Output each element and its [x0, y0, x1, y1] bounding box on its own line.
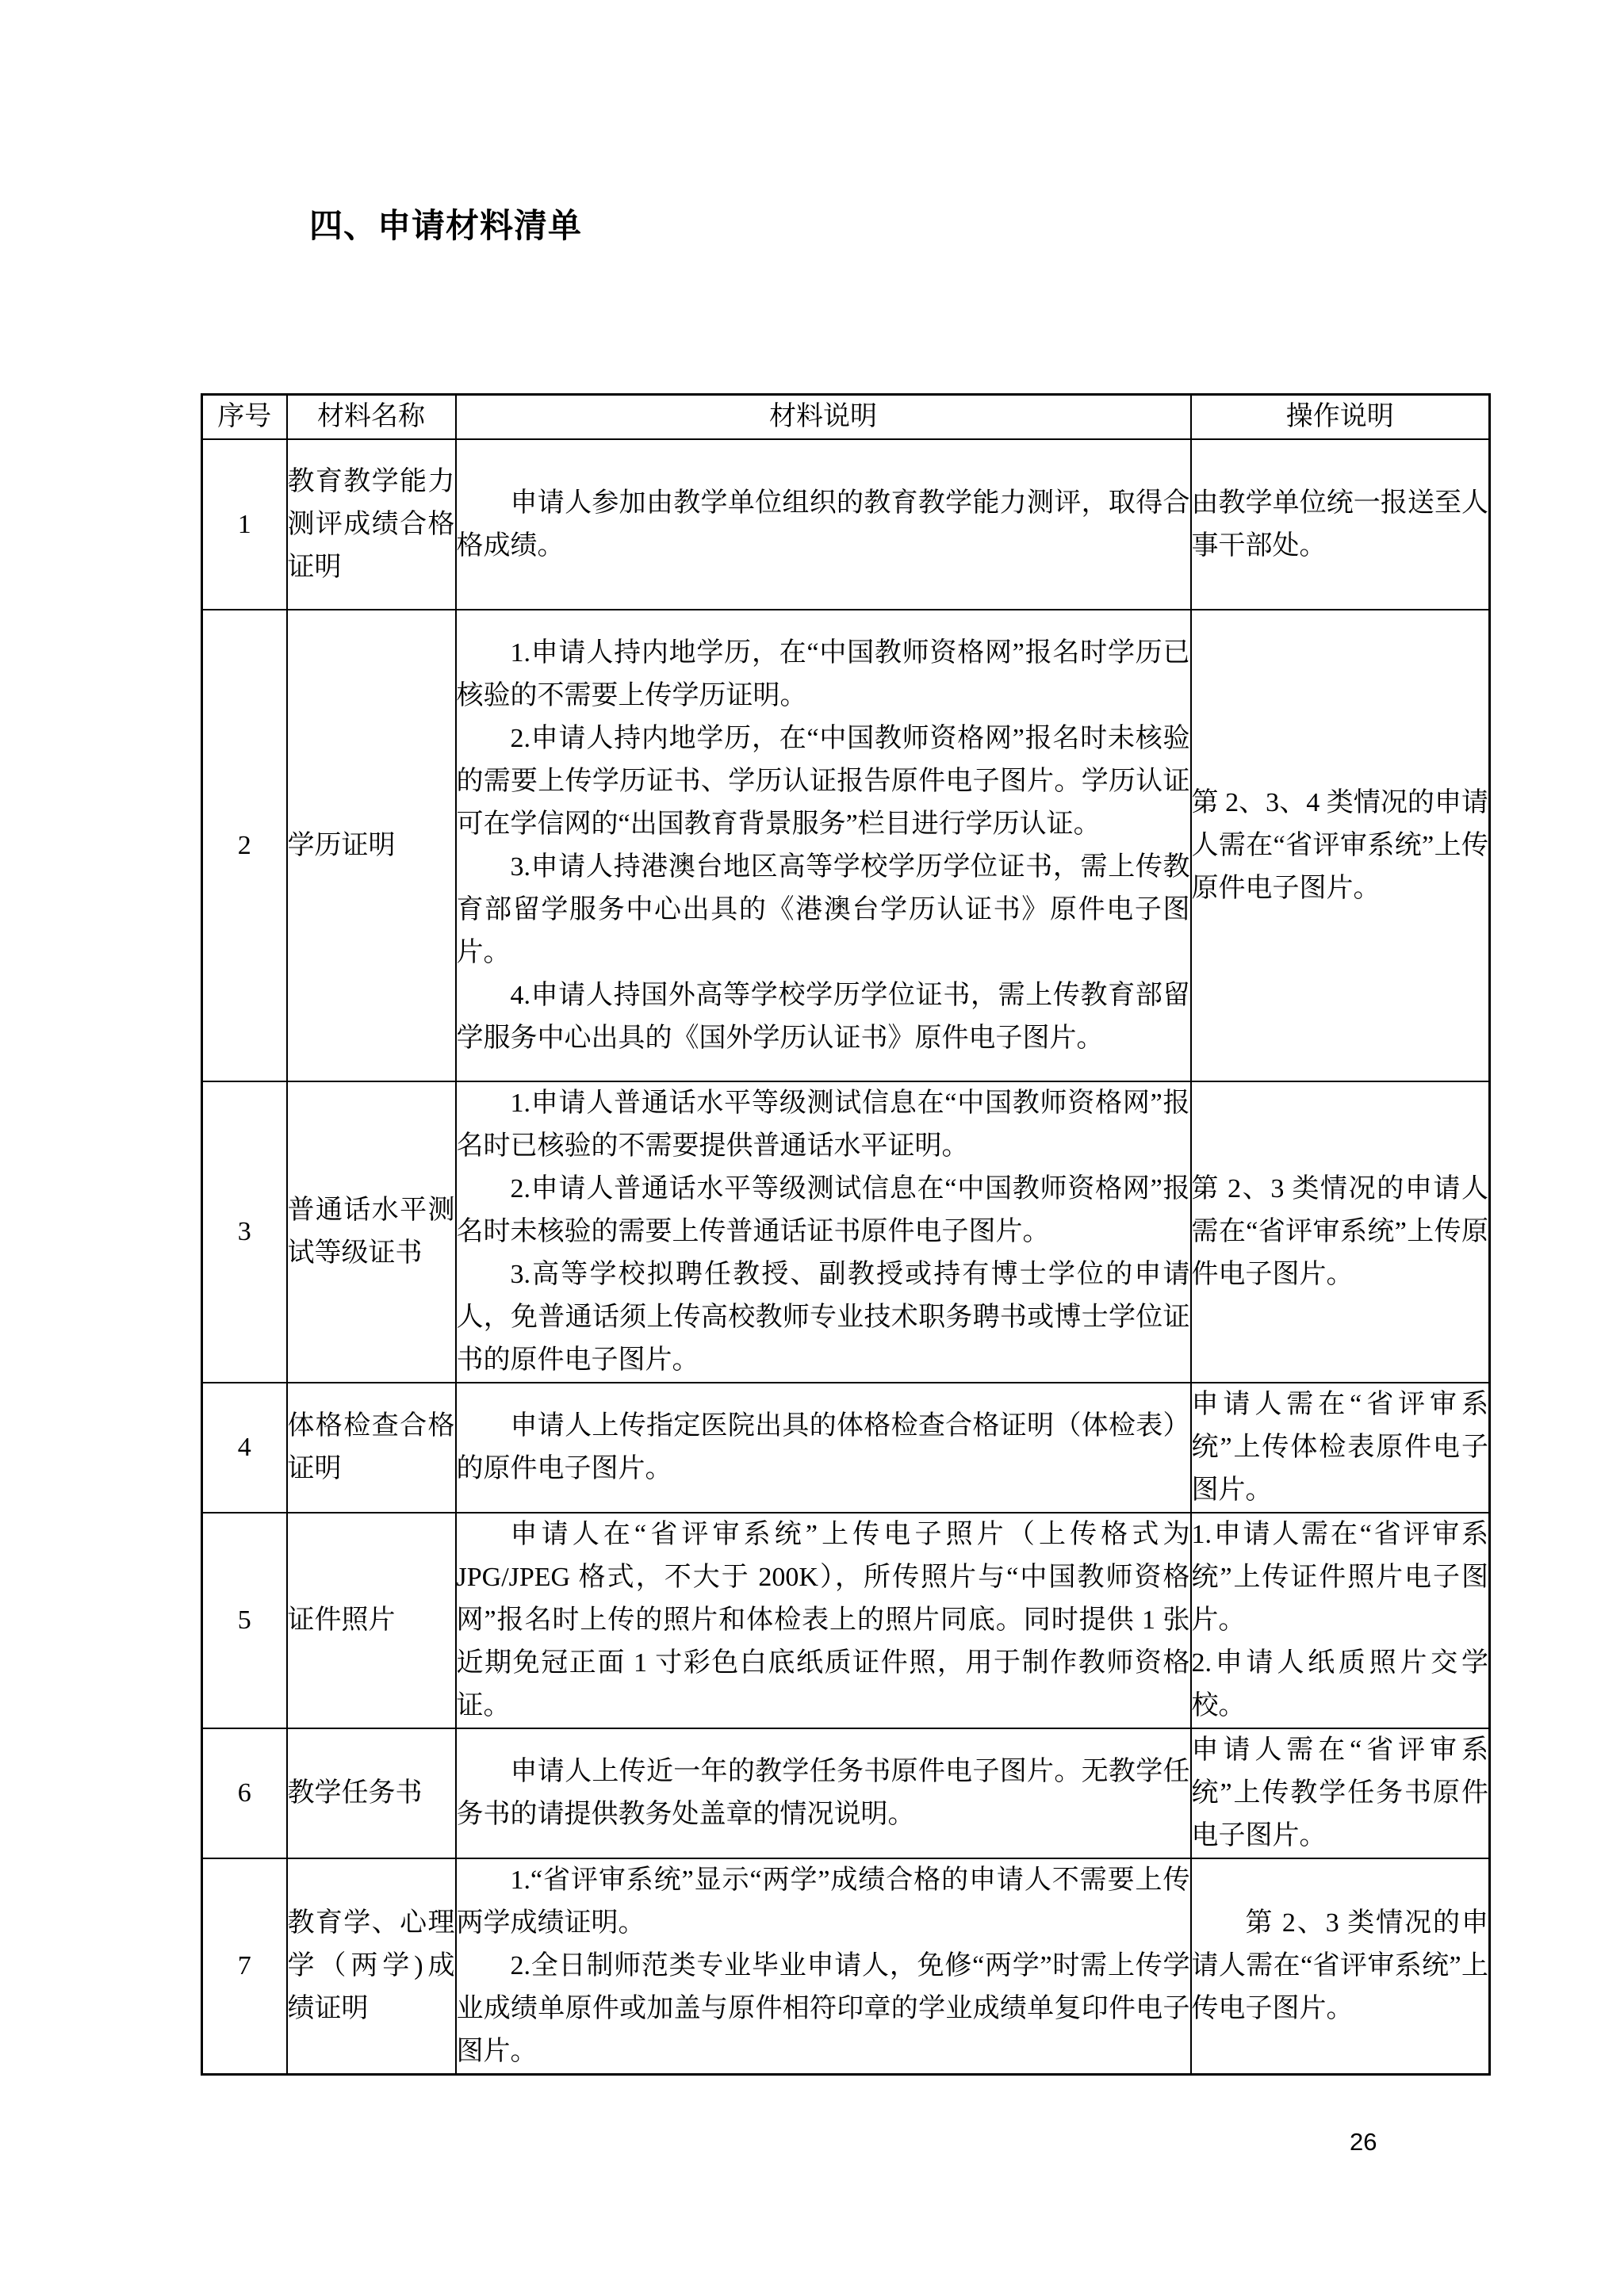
desc-paragraph: 4.申请人持国外高等学校学历学位证书，需上传教育部留学服务中心出具的《国外学历认… [457, 974, 1190, 1060]
desc-paragraph: 申请人参加由教学单位组织的教育教学能力测评，取得合格成绩。 [457, 482, 1190, 568]
row-number-cell: 1 [202, 439, 287, 610]
materials-table: 序号 材料名称 材料说明 操作说明 1教育教学能力测评成绩合格证明申请人参加由教… [201, 393, 1491, 2076]
row-number-cell: 3 [202, 1081, 287, 1383]
desc-paragraph: 申请人上传指定医院出具的体格检查合格证明（体检表）的原件电子图片。 [457, 1405, 1190, 1490]
op-paragraph: 第 2、3 类情况的申请人需在“省评审系统”上传电子图片。 [1192, 1902, 1489, 2030]
material-desc-cell: 申请人在“省评审系统”上传电子照片（上传格式为 JPG/JPEG 格式，不大于 … [456, 1513, 1191, 1728]
operation-cell: 申请人需在“省评审系统”上传体检表原件电子图片。 [1191, 1383, 1490, 1513]
operation-cell: 1.申请人需在“省评审系统”上传证件照片电子图片。2.申请人纸质照片交学校。 [1191, 1513, 1490, 1728]
row-number-cell: 5 [202, 1513, 287, 1728]
operation-cell: 第 2、3 类情况的申请人需在“省评审系统”上传原件电子图片。 [1191, 1081, 1490, 1383]
operation-cell: 申请人需在“省评审系统”上传教学任务书原件电子图片。 [1191, 1728, 1490, 1858]
material-name-text: 教学任务书 [288, 1772, 455, 1815]
material-name-cell: 教学任务书 [287, 1728, 456, 1858]
desc-paragraph: 2.申请人持内地学历，在“中国教师资格网”报名时未核验的需要上传学历证书、学历认… [457, 717, 1190, 846]
table-row: 7教育学、心理学（两学)成绩证明1.“省评审系统”显示“两学”成绩合格的申请人不… [202, 1858, 1490, 2075]
desc-paragraph: 申请人上传近一年的教学任务书原件电子图片。无教学任务书的请提供教务处盖章的情况说… [457, 1751, 1190, 1836]
material-desc-cell: 申请人上传近一年的教学任务书原件电子图片。无教学任务书的请提供教务处盖章的情况说… [456, 1728, 1191, 1858]
row-number-cell: 7 [202, 1858, 287, 2075]
section-title: 四、申请材料清单 [309, 206, 582, 247]
operation-cell: 第 2、3 类情况的申请人需在“省评审系统”上传电子图片。 [1191, 1858, 1490, 2075]
material-name-cell: 体格检查合格证明 [287, 1383, 456, 1513]
op-paragraph: 申请人需在“省评审系统”上传体检表原件电子图片。 [1192, 1383, 1489, 1512]
row-number-cell: 2 [202, 610, 287, 1081]
material-name-cell: 教育学、心理学（两学)成绩证明 [287, 1858, 456, 2075]
material-name-cell: 证件照片 [287, 1513, 456, 1728]
operation-cell: 第 2、3、4 类情况的申请人需在“省评审系统”上传原件电子图片。 [1191, 610, 1490, 1081]
op-paragraph: 第 2、3 类情况的申请人需在“省评审系统”上传原件电子图片。 [1192, 1168, 1489, 1296]
desc-paragraph: 3.高等学校拟聘任教授、副教授或持有博士学位的申请人，免普通话须上传高校教师专业… [457, 1253, 1190, 1382]
desc-paragraph: 1.申请人持内地学历，在“中国教师资格网”报名时学历已核验的不需要上传学历证明。 [457, 632, 1190, 717]
column-header-no: 序号 [202, 395, 287, 440]
op-paragraph: 申请人需在“省评审系统”上传教学任务书原件电子图片。 [1192, 1729, 1489, 1858]
material-desc-cell: 1.申请人普通话水平等级测试信息在“中国教师资格网”报名时已核验的不需要提供普通… [456, 1081, 1191, 1383]
operation-cell: 由教学单位统一报送至人事干部处。 [1191, 439, 1490, 610]
material-desc-cell: 申请人参加由教学单位组织的教育教学能力测评，取得合格成绩。 [456, 439, 1191, 610]
column-header-desc: 材料说明 [456, 395, 1191, 440]
material-name-cell: 普通话水平测试等级证书 [287, 1081, 456, 1383]
op-paragraph: 2.申请人纸质照片交学校。 [1192, 1642, 1489, 1728]
table-row: 2学历证明1.申请人持内地学历，在“中国教师资格网”报名时学历已核验的不需要上传… [202, 610, 1490, 1081]
op-paragraph: 第 2、3、4 类情况的申请人需在“省评审系统”上传原件电子图片。 [1192, 782, 1489, 910]
material-name-cell: 学历证明 [287, 610, 456, 1081]
desc-paragraph: 1.“省评审系统”显示“两学”成绩合格的申请人不需要上传两学成绩证明。 [457, 1859, 1190, 1945]
document-page: 四、申请材料清单 序号 材料名称 材料说明 操作说明 1教育教学能力测评成绩合格… [0, 0, 1624, 2296]
row-number-cell: 6 [202, 1728, 287, 1858]
desc-paragraph: 申请人在“省评审系统”上传电子照片（上传格式为 JPG/JPEG 格式，不大于 … [457, 1513, 1190, 1728]
table-row: 1教育教学能力测评成绩合格证明申请人参加由教学单位组织的教育教学能力测评，取得合… [202, 439, 1490, 610]
page-number: 26 [1350, 2128, 1377, 2156]
material-name-text: 教育教学能力测评成绩合格证明 [288, 461, 455, 589]
desc-paragraph: 2.申请人普通话水平等级测试信息在“中国教师资格网”报名时未核验的需要上传普通话… [457, 1168, 1190, 1253]
column-header-name: 材料名称 [287, 395, 456, 440]
table-row: 3普通话水平测试等级证书1.申请人普通话水平等级测试信息在“中国教师资格网”报名… [202, 1081, 1490, 1383]
table-row: 6教学任务书申请人上传近一年的教学任务书原件电子图片。无教学任务书的请提供教务处… [202, 1728, 1490, 1858]
material-desc-cell: 1.“省评审系统”显示“两学”成绩合格的申请人不需要上传两学成绩证明。2.全日制… [456, 1858, 1191, 2075]
table-header-row: 序号 材料名称 材料说明 操作说明 [202, 395, 1490, 440]
row-number-cell: 4 [202, 1383, 287, 1513]
column-header-op: 操作说明 [1191, 395, 1490, 440]
table-body: 1教育教学能力测评成绩合格证明申请人参加由教学单位组织的教育教学能力测评，取得合… [202, 439, 1490, 2075]
material-name-text: 体格检查合格证明 [288, 1405, 455, 1490]
material-name-text: 证件照片 [288, 1599, 455, 1642]
table-row: 5证件照片申请人在“省评审系统”上传电子照片（上传格式为 JPG/JPEG 格式… [202, 1513, 1490, 1728]
op-paragraph: 由教学单位统一报送至人事干部处。 [1192, 482, 1489, 568]
op-paragraph: 1.申请人需在“省评审系统”上传证件照片电子图片。 [1192, 1513, 1489, 1642]
desc-paragraph: 2.全日制师范类专业毕业申请人，免修“两学”时需上传学业成绩单原件或加盖与原件相… [457, 1945, 1190, 2073]
material-name-cell: 教育教学能力测评成绩合格证明 [287, 439, 456, 610]
table-row: 4体格检查合格证明申请人上传指定医院出具的体格检查合格证明（体检表）的原件电子图… [202, 1383, 1490, 1513]
material-desc-cell: 1.申请人持内地学历，在“中国教师资格网”报名时学历已核验的不需要上传学历证明。… [456, 610, 1191, 1081]
material-name-text: 教育学、心理学（两学)成绩证明 [288, 1902, 455, 2030]
desc-paragraph: 1.申请人普通话水平等级测试信息在“中国教师资格网”报名时已核验的不需要提供普通… [457, 1082, 1190, 1168]
material-desc-cell: 申请人上传指定医院出具的体格检查合格证明（体检表）的原件电子图片。 [456, 1383, 1191, 1513]
desc-paragraph: 3.申请人持港澳台地区高等学校学历学位证书，需上传教育部留学服务中心出具的《港澳… [457, 846, 1190, 974]
material-name-text: 普通话水平测试等级证书 [288, 1189, 455, 1275]
material-name-text: 学历证明 [288, 825, 455, 867]
